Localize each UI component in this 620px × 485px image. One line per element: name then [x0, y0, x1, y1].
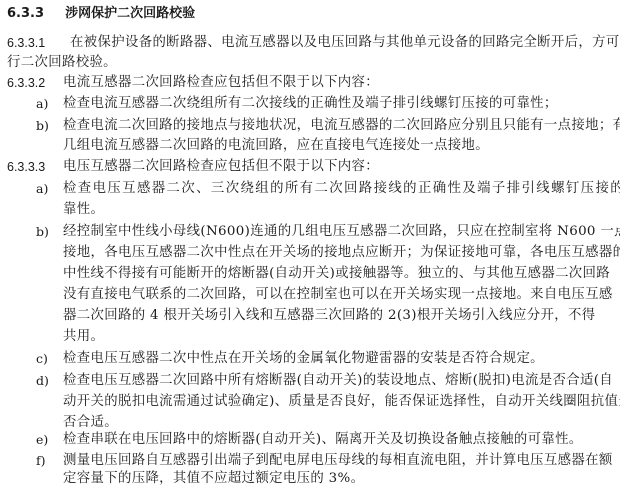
item-label: c)	[36, 349, 48, 369]
item-text: 器二次回路的 4 根开关场引入线和互感器三次回路的 2(3)根开关场引入线应分开…	[63, 306, 596, 326]
clause-text: 在被保护设备的断路器、电流互感器以及电压回路与其他单元设备的回路完全断开后，方可…	[70, 33, 620, 53]
item-label: b)	[36, 116, 49, 136]
item-label: d)	[36, 371, 49, 391]
item-text: 共用。	[63, 327, 104, 347]
item-label: b)	[36, 222, 49, 242]
item-label: a)	[36, 179, 48, 199]
item-text: 检查电流二次回路的接地点与接地状况，电流互感器的二次回路应分别且只能有一点接地；…	[63, 116, 620, 136]
item-text: 接地，各电压互感器二次中性点在开关场的接地点应断开；为保证接地可靠，各电压互感器…	[63, 243, 620, 263]
item-text: 靠性。	[63, 200, 104, 220]
item-text: 没有直接电气联系的二次回路，可以在控制室也可以在开关场实现一点接地。来自电压互感	[63, 285, 613, 305]
section-number: 6.3.3	[7, 6, 44, 21]
clause-number: 6.3.3.3	[7, 157, 45, 177]
item-text: 经控制室中性线小母线(N600)连通的几组电压互感器二次回路，只应在控制室将 N…	[63, 222, 620, 242]
clause-text: 电压互感器二次回路检查应包括但不限于以下内容：	[63, 157, 379, 177]
item-text: 动开关的脱扣电流需通过试验确定)、质量是否良好，能否保证选择性，自动开关线圈阻抗…	[63, 392, 620, 412]
item-text: 几组电流互感器二次回路的电流回路，应在直接电气连接处一点接地。	[63, 136, 489, 156]
item-text: 中性线不得接有可能断开的熔断器(自动开关)或接触器等。独立的、与其他互感器二次回…	[63, 264, 610, 284]
clause-text: 电流互感器二次回路检查应包括但不限于以下内容：	[63, 73, 379, 93]
item-text: 检查电压互感器二次中性点在开关场的金属氧化物避雷器的安装是否符合规定。	[63, 349, 544, 369]
item-text: 检查电流互感器二次绕组所有二次接线的正确性及端子排引线螺钉压接的可靠性；	[63, 94, 558, 114]
item-text: 定容量下的压降，其值不应超过额定电压的 3%。	[63, 469, 364, 485]
item-text: 检查电压互感器二次回路中所有熔断器(自动开关)的装设地点、熔断(脱扣)电流是否合…	[63, 371, 613, 391]
item-text: 检查电压互感器二次、三次绕组的所有二次回路接线的正确性及端子排引线螺钉压接的可	[63, 179, 620, 199]
clause-text: 行二次回路校验。	[7, 53, 117, 73]
item-text: 测量电压回路自互感器引出端子到配电屏电压母线的每相直流电阻，并计算电压互感器在额	[63, 451, 613, 471]
clause-number: 6.3.3.1	[7, 33, 45, 53]
clause-number: 6.3.3.2	[7, 73, 45, 93]
section-heading: 6.3.3 涉网保护二次回路校验	[7, 4, 195, 24]
item-label: f)	[36, 451, 46, 471]
item-text: 检查串联在电压回路中的熔断器(自动开关)、隔离开关及切换设备触点接触的可靠性。	[63, 430, 583, 450]
item-label: e)	[36, 430, 48, 450]
section-title: 涉网保护二次回路校验	[65, 6, 195, 21]
item-label: a)	[36, 94, 48, 114]
